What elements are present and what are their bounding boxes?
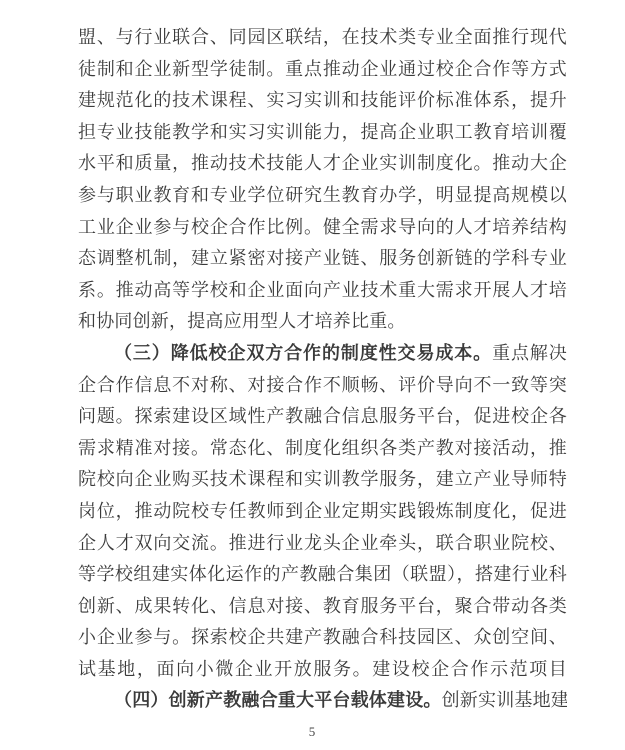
text-line: 参与职业教育和专业学位研究生教育办学，明显提高规模以上 <box>78 180 567 212</box>
heading-segment: （三）降低校企双方合作的制度性交易成本。 <box>114 343 492 363</box>
text-line: 小企业参与。探索校企共建产教融合科技园区、众创空间、中 <box>78 622 567 654</box>
text-line: 岗位，推动院校专任教师到企业定期实践锻炼制度化，促进校 <box>78 496 567 528</box>
text-line: 等学校组建实体化运作的产教融合集团（联盟），搭建行业科研 <box>78 559 567 591</box>
text-line: 工业企业参与校企合作比例。健全需求导向的人才培养结构动 <box>78 212 567 244</box>
text-line: 态调整机制，建立紧密对接产业链、服务创新链的学科专业体 <box>78 243 567 275</box>
text-line: 盟、与行业联合、同园区联结，在技术类专业全面推行现代学 <box>78 22 567 54</box>
text-segment: 需求精准对接。常态化、制度化组织各类产教对接活动，推动 <box>78 438 567 465</box>
text-line: 建规范化的技术课程、实习实训和技能评价标准体系，提升承 <box>78 85 567 117</box>
text-segment: 试基地，面向小微企业开放服务。建设校企合作示范项目库。 <box>78 659 567 686</box>
text-line: 担专业技能教学和实习实训能力，提高企业职工教育培训覆盖 <box>78 117 567 149</box>
text-line: （四）创新产教融合重大平台载体建设。创新实训基地建 <box>78 685 567 717</box>
text-line: 创新、成果转化、信息对接、教育服务平台，聚合带动各类中 <box>78 591 567 623</box>
text-segment: 态调整机制，建立紧密对接产业链、服务创新链的学科专业体 <box>78 248 567 275</box>
text-segment: 建规范化的技术课程、实习实训和技能评价标准体系，提升承 <box>78 90 567 117</box>
text-line: 企合作信息不对称、对接合作不顺畅、评价导向不一致等突出 <box>78 370 567 402</box>
heading-segment: （四）创新产教融合重大平台载体建设。 <box>114 690 442 710</box>
text-line: 需求精准对接。常态化、制度化组织各类产教对接活动，推动 <box>78 433 567 465</box>
text-segment: 盟、与行业联合、同园区联结，在技术类专业全面推行现代学 <box>78 27 567 54</box>
text-segment: 参与职业教育和专业学位研究生教育办学，明显提高规模以上 <box>78 185 567 212</box>
text-segment: 工业企业参与校企合作比例。健全需求导向的人才培养结构动 <box>78 217 567 244</box>
text-segment: 企人才双向交流。推进行业龙头企业牵头，联合职业院校、高 <box>78 533 567 560</box>
document-page: 盟、与行业联合、同园区联结，在技术类专业全面推行现代学徒制和企业新型学徒制。重点… <box>0 0 625 750</box>
text-line: 问题。探索建设区域性产教融合信息服务平台，促进校企各类 <box>78 401 567 433</box>
text-line: 水平和质量，推动技术技能人才企业实训制度化。推动大企业 <box>78 148 567 180</box>
text-segment: 系。推动高等学校和企业面向产业技术重大需求开展人才培养 <box>78 280 567 307</box>
text-segment: 院校向企业购买技术课程和实训教学服务，建立产业导师特设 <box>78 469 567 496</box>
text-segment: 创新、成果转化、信息对接、教育服务平台，聚合带动各类中 <box>78 596 567 623</box>
text-segment: 问题。探索建设区域性产教融合信息服务平台，促进校企各类 <box>78 406 567 433</box>
text-segment: 岗位，推动院校专任教师到企业定期实践锻炼制度化，促进校 <box>78 501 567 528</box>
text-segment: 企合作信息不对称、对接合作不顺畅、评价导向不一致等突出 <box>78 375 567 402</box>
text-line: 院校向企业购买技术课程和实训教学服务，建立产业导师特设 <box>78 464 567 496</box>
text-segment: 等学校组建实体化运作的产教融合集团（联盟），搭建行业科研 <box>78 564 567 591</box>
text-segment: 徒制和企业新型学徒制。重点推动企业通过校企合作等方式构 <box>78 59 567 86</box>
text-segment: 和协同创新，提高应用型人才培养比重。 <box>78 311 406 331</box>
page-number: 5 <box>0 724 625 740</box>
text-segment: 创新实训基地建 <box>442 690 567 710</box>
text-line: 试基地，面向小微企业开放服务。建设校企合作示范项目库。 <box>78 654 567 686</box>
text-line: 系。推动高等学校和企业面向产业技术重大需求开展人才培养 <box>78 275 567 307</box>
text-segment: 担专业技能教学和实习实训能力，提高企业职工教育培训覆盖 <box>78 122 567 149</box>
text-line: 徒制和企业新型学徒制。重点推动企业通过校企合作等方式构 <box>78 54 567 86</box>
text-segment: 水平和质量，推动技术技能人才企业实训制度化。推动大企业 <box>78 153 567 180</box>
text-segment: 小企业参与。探索校企共建产教融合科技园区、众创空间、中 <box>78 627 567 654</box>
text-line: （三）降低校企双方合作的制度性交易成本。重点解决校 <box>78 338 567 370</box>
document-body: 盟、与行业联合、同园区联结，在技术类专业全面推行现代学徒制和企业新型学徒制。重点… <box>78 22 567 717</box>
text-line: 企人才双向交流。推进行业龙头企业牵头，联合职业院校、高 <box>78 528 567 560</box>
text-line: 和协同创新，提高应用型人才培养比重。 <box>78 306 567 338</box>
